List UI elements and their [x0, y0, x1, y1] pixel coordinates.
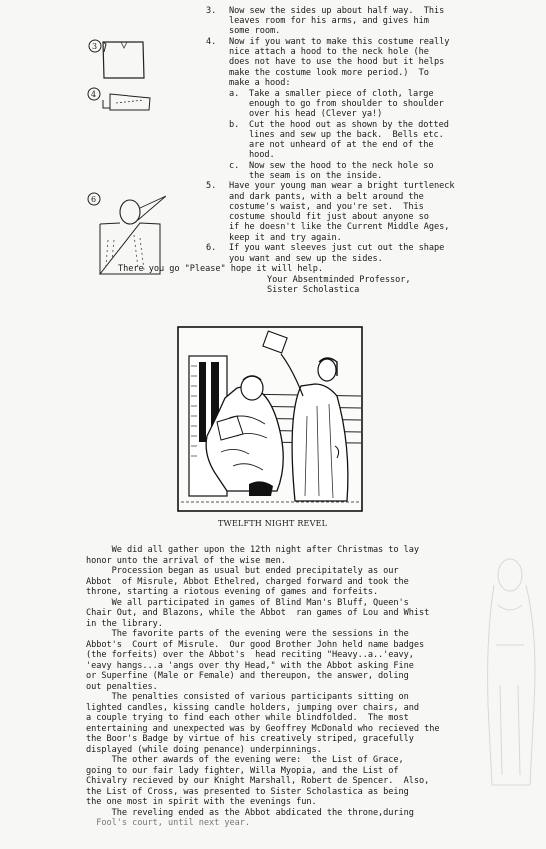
costume-sketch-icon: 6 — [86, 190, 166, 275]
diagram-label-4: 4 — [91, 90, 96, 99]
step-b-num: b. — [229, 120, 239, 130]
article-line: We did all gather upon the 12th night af… — [86, 545, 419, 555]
article-line: Abbot of Misrule, Abbot Ethelred, charge… — [86, 577, 409, 587]
article-line: the List of Cross, was presented to Sist… — [86, 787, 409, 797]
article-line: displayed (while doing penance) underpin… — [86, 745, 322, 755]
article-line: The other awards of the evening were: th… — [86, 755, 404, 765]
diagram-label-3: 3 — [92, 42, 97, 51]
article-line: a couple trying to find each other while… — [86, 713, 409, 723]
step-6-line-1: If you want sleeves just cut out the sha… — [229, 243, 444, 253]
step-c-line-2: the seam is on the inside. — [249, 171, 382, 181]
step-5-line-4: costume should fit just about anyone so — [229, 212, 429, 222]
hood-pattern-sketch-icon: 4 — [86, 84, 156, 114]
signature-line-1: Your Absentminded Professor, — [267, 275, 410, 285]
closing-line: There you go "Please" hope it will help. — [118, 264, 323, 274]
step-a-line-2: enough to go from shoulder to shoulder — [249, 99, 444, 109]
step-3-line-2: leaves room for his arms, and gives him — [229, 16, 429, 26]
article-line: The reveling ended as the Abbot abdicate… — [86, 808, 414, 818]
step-5-num: 5. — [206, 181, 216, 191]
tunic-sketch-icon: 3 — [86, 30, 156, 80]
step-b-line-3: are not unheard of at the end of the — [249, 140, 433, 150]
article-line: The penalties consisted of various parti… — [86, 692, 409, 702]
article-line: Chivalry recieved by our Knight Marshall… — [86, 776, 429, 786]
step-a-line-3: over his head (Clever ya!) — [249, 109, 382, 119]
article-line: throne, starting a riotous evening of ga… — [86, 587, 378, 597]
step-4-line-5: make a hood: — [229, 78, 291, 88]
article-line: entertaining and unexpected was by Geoff… — [86, 724, 440, 734]
signature-line-2: Sister Scholastica — [267, 285, 359, 295]
article-line: the one most in spirit with the evenings… — [86, 797, 317, 807]
illustration-caption: TWELFTH NIGHT REVEL — [218, 519, 327, 528]
step-4-line-1: Now if you want to make this costume rea… — [229, 37, 449, 47]
step-4-line-4: make the costume look more period.) To — [229, 68, 429, 78]
faint-figure-watermark-icon — [472, 545, 542, 795]
article-line: Abbot's Court of Misrule. Our good Broth… — [86, 640, 424, 650]
step-5-line-6: keep it and try again. — [229, 233, 342, 243]
step-3-line-3: some room. — [229, 26, 280, 36]
article-line: the Boor's Badge by virtue of his creati… — [86, 734, 414, 744]
article-line: We all participated in games of Blind Ma… — [86, 598, 409, 608]
step-6-line-2: you want and sew up the sides. — [229, 254, 383, 264]
step-c-num: c. — [229, 161, 239, 171]
article-line: going to our fair lady fighter, Willa My… — [86, 766, 399, 776]
step-5-line-3: costume's waist, and you're set. This — [229, 202, 424, 212]
step-a-line-1: Take a smaller piece of cloth, large — [249, 89, 433, 99]
step-3-num: 3. — [206, 6, 216, 16]
step-b-line-2: lines and sew up the back. Bells etc. — [249, 130, 444, 140]
diagram-label-6: 6 — [91, 195, 96, 204]
article-line: or Superfine (Male or Female) and thereu… — [86, 671, 409, 681]
step-4-line-2: nice attach a hood to the neck hole (he — [229, 47, 429, 57]
step-b-line-1: Cut the hood out as shown by the dotted — [249, 120, 449, 130]
step-4-num: 4. — [206, 37, 216, 47]
step-3-line-1: Now sew the sides up about half way. Thi… — [229, 6, 444, 16]
step-6-num: 6. — [206, 243, 216, 253]
step-c-line-1: Now sew the hood to the neck hole so — [249, 161, 433, 171]
article-line: in the library. — [86, 619, 163, 629]
article-line: The favorite parts of the evening were t… — [86, 629, 409, 639]
article-line: honor unto the arrival of the wise men. — [86, 556, 286, 566]
woodcut-monks-illustration — [177, 326, 363, 512]
step-b-line-4: hood. — [249, 150, 275, 160]
step-5-line-2: and dark pants, with a belt around the — [229, 192, 424, 202]
article-line: Procession began as usual but ended prec… — [86, 566, 399, 576]
step-4-line-3: does not have to use the hood but it hel… — [229, 57, 444, 67]
article-line: Fool's court, until next year. — [86, 818, 250, 828]
step-a-num: a. — [229, 89, 239, 99]
step-5-line-5: if he doesn't like the Current Middle Ag… — [229, 222, 449, 232]
step-5-line-1: Have your young man wear a bright turtle… — [229, 181, 454, 191]
article-line: (the forfeits) over the Abbot's head rec… — [86, 650, 414, 660]
article-line: 'eavy hangs...a 'angs over thy Head," wi… — [86, 661, 414, 671]
article-line: lighted candles, kissing candle holders,… — [86, 703, 419, 713]
article-line: Chair Out, and Blazons, while the Abbot … — [86, 608, 429, 618]
article-line: out penalties. — [86, 682, 158, 692]
